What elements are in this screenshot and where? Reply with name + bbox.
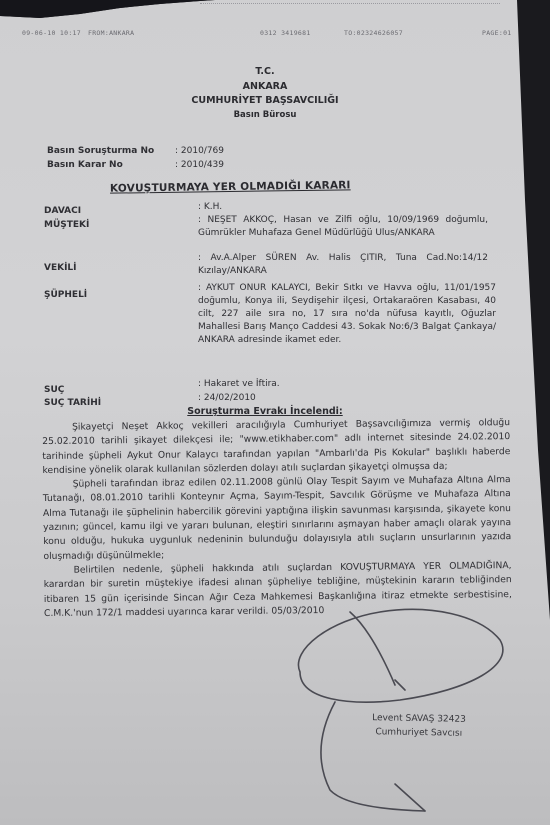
investigation-number-value: : 2010/769	[175, 146, 224, 156]
decision-body: Şikayetçi Neşet Akkoç vekilleri aracılığ…	[42, 416, 512, 621]
perforation-line	[200, 3, 500, 4]
fax-document-page: 09-06-10 10:17 FROM:ANKARA 0312 3419681 …	[0, 0, 550, 825]
suc-tarihi-value: : 24/02/2010	[198, 392, 488, 405]
davaci-label: DAVACI	[44, 206, 81, 216]
investigation-number: Basın Soruşturma No: 2010/769	[47, 146, 224, 156]
paragraph-defense: Şüpheli tarafından ibraz edilen 02.11.20…	[43, 473, 512, 564]
section-title: Soruşturma Evrakı İncelendi:	[0, 406, 530, 417]
suc-label: SUÇ	[44, 385, 64, 395]
vekili-label: VEKİLİ	[44, 263, 77, 273]
musteki-label: MÜŞTEKİ	[44, 220, 89, 230]
paragraph-complaint: Şikayetçi Neşet Akkoç vekilleri aracılığ…	[42, 416, 511, 478]
decision-number-value: : 2010/439	[175, 160, 224, 170]
supheli-label: ŞÜPHELİ	[44, 290, 87, 300]
letterhead-city: ANKARA	[0, 81, 530, 92]
fax-to: TO:02324626057	[344, 29, 403, 37]
vekili-value: : Av.A.Alper SÜREN Av. Halis ÇITIR, Tuna…	[198, 252, 488, 278]
musteki-value: : NEŞET AKKOÇ, Hasan ve Zilfi oğlu, 10/0…	[198, 214, 488, 240]
decision-title: KOVUŞTURMAYA YER OLMADIĞI KARARI	[110, 179, 351, 194]
fax-from: FROM:ANKARA	[88, 29, 134, 37]
decision-number-label: Basın Karar No	[47, 160, 175, 170]
letterhead-department: Basın Bürosu	[0, 110, 530, 120]
torn-paper-edge	[0, 0, 220, 18]
prosecutor-title: Cumhuriyet Savcısı	[372, 725, 466, 741]
letterhead-office: CUMHURİYET BAŞSAVCILIĞI	[0, 95, 530, 106]
davaci-value: : K.H.	[198, 201, 488, 214]
paragraph-ruling: Belirtilen nedenle, şüpheli hakkında atı…	[43, 559, 512, 621]
signature-block: Levent SAVAŞ 32423 Cumhuriyet Savcısı	[372, 711, 466, 741]
fax-from-number: 0312 3419681	[260, 29, 311, 37]
fax-page: PAGE:01	[482, 29, 512, 37]
decision-number: Basın Karar No: 2010/439	[47, 160, 224, 170]
letterhead-tc: T.C.	[0, 66, 530, 77]
investigation-number-label: Basın Soruşturma No	[47, 146, 175, 156]
suc-value: : Hakaret ve İftira.	[198, 378, 488, 391]
fax-datetime: 09-06-10 10:17	[22, 29, 81, 37]
supheli-value: : AYKUT ONUR KALAYCI, Bekir Sıtkı ve Hav…	[198, 282, 496, 347]
